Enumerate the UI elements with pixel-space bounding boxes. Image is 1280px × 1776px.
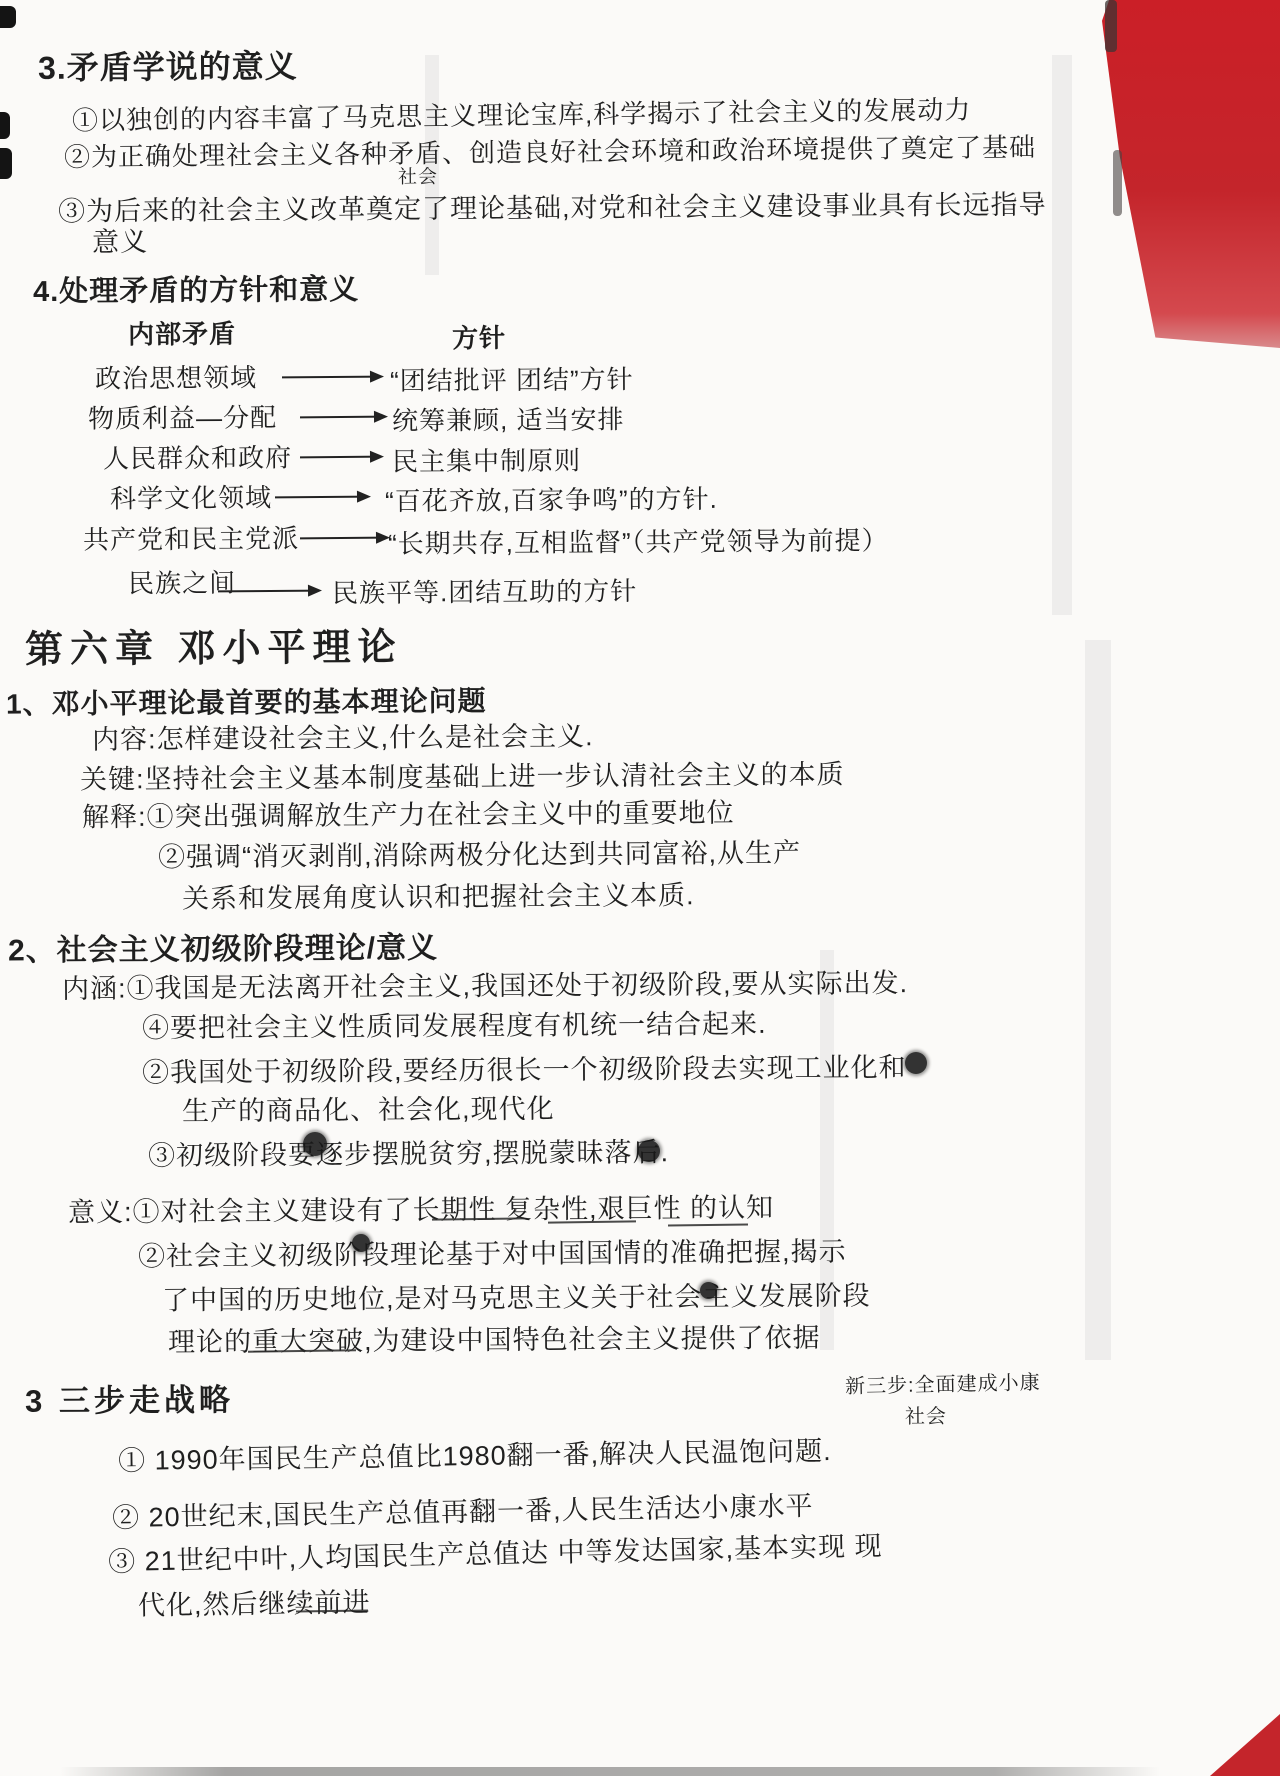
q1-explain-2: ②强调“消灭剥削,消除两极分化达到共同富裕,从生产 — [158, 831, 801, 874]
binder-tear-mark — [0, 148, 12, 179]
q2-connotation-1: 内涵:①我国是无法离开社会主义,我国还处于初级阶段,要从实际出发. — [62, 961, 908, 1006]
section4-row-right: “团结批评 团结”方针 — [390, 359, 634, 398]
paper-bottom-shadow — [60, 1767, 1160, 1776]
q3-side-note: 新三步:全面建成小康 — [845, 1366, 1041, 1399]
ink-blot — [700, 1282, 717, 1299]
notebook-page-photo: 3.矛盾学说的意义 ①以独创的内容丰富了马克思主义理论宝库,科学揭示了社会主义的… — [0, 0, 1280, 1776]
red-backdrop-top-right — [1102, 0, 1280, 348]
q1-content: 内容:怎样建设社会主义,什么是社会主义. — [92, 714, 594, 757]
q3-step-3-wrap: 代化,然后继续前进 — [138, 1580, 371, 1622]
binder-tear-mark — [0, 6, 16, 28]
section4-row-right: 统筹兼顾, 适当安排 — [392, 399, 625, 438]
ink-blot — [905, 1052, 927, 1074]
red-backdrop-bottom-right — [1210, 1714, 1280, 1776]
section3-item-3-wrap: 意义 — [92, 220, 148, 259]
section3-item-3: ③为后来的社会主义改革奠定了理论基础,对党和社会主义建设事业具有长远指导 — [58, 183, 1047, 229]
ink-blot — [303, 1132, 327, 1156]
arrow-icon — [282, 376, 380, 379]
section3-title: 3.矛盾学说的意义 — [38, 41, 298, 89]
section4-row-left: 共产党和民主党派 — [83, 518, 299, 557]
q2-title: 2、社会主义初级阶段理论/意义 — [8, 922, 438, 969]
section4-col-right: 方针 — [452, 318, 506, 355]
arrow-icon — [300, 537, 386, 540]
section3-item-2-insertion: 社会 — [398, 162, 438, 189]
q2-meaning-2: ②社会主义初级阶段理论基于对中国国情的准确把握,揭示 — [138, 1230, 847, 1274]
arrow-icon — [275, 496, 367, 499]
q2-meaning-1: 意义:①对社会主义建设有了长期性 复杂性,艰巨性 的认知 — [68, 1186, 774, 1230]
section4-row-left: 科学文化领域 — [110, 477, 272, 515]
binder-tear-mark — [0, 112, 10, 139]
q3-side-note-wrap: 社会 — [905, 1400, 947, 1429]
chapter-title: 第六章 邓小平理论 — [25, 616, 403, 674]
paper-crease — [1085, 640, 1111, 1360]
paper-edge-shadow — [1105, 0, 1117, 52]
section4-col-left: 内部矛盾 — [128, 314, 236, 352]
underline-stroke — [668, 1223, 748, 1226]
arrow-icon — [218, 590, 318, 593]
section4-row-left: 物质利益—分配 — [88, 397, 277, 435]
ink-blot — [638, 1140, 660, 1162]
arrow-icon — [300, 416, 384, 419]
section4-row-right: 民族平等.团结互助的方针 — [332, 571, 637, 610]
section4-row-right: “长期共存,互相监督”（共产党领导为前提） — [388, 520, 889, 560]
arrow-icon — [300, 456, 380, 459]
ink-blot — [352, 1234, 370, 1252]
q1-explain-1: 解释:①突出强调解放生产力在社会主义中的重要地位 — [82, 791, 735, 835]
q2-connotation-3-wrap: 生产的商品化、社会化,现代化 — [182, 1087, 555, 1129]
q2-meaning-2-wrap2: 理论的重大突破,为建设中国特色社会主义提供了依据 — [168, 1316, 821, 1360]
section4-title: 4.处理矛盾的方针和意义 — [33, 267, 359, 310]
section4-row-left: 民族之间 — [128, 563, 236, 601]
q2-connotation-4: ③初级阶段要逐步摆脱贫穷,摆脱蒙昧落后. — [148, 1130, 669, 1173]
section4-row-right: 民主集中制原则 — [392, 440, 581, 478]
q2-meaning-2-wrap1: 了中国的历史地位,是对马克思主义关于社会主义发展阶段 — [162, 1274, 871, 1318]
q1-explain-2-wrap: 关系和发展角度认识和把握社会主义本质. — [182, 873, 695, 916]
q2-connotation-3: ②我国处于初级阶段,要经历很长一个初级阶段去实现工业化和 — [142, 1045, 907, 1089]
q3-title: 3 三步走战略 — [25, 1374, 234, 1420]
section4-row-left: 政治思想领域 — [95, 357, 257, 395]
paper-edge-shadow — [1113, 150, 1122, 216]
section4-row-left: 人民群众和政府 — [103, 437, 292, 475]
paper-crease — [1052, 55, 1072, 615]
section4-row-right: “百花齐放,百家争鸣”的方针. — [385, 479, 718, 518]
q3-step-1: ① 1990年国民生产总值比1980翻一番,解决人民温饱问题. — [118, 1429, 832, 1478]
q2-connotation-2: ④要把社会主义性质同发展程度有机统一结合起来. — [142, 1002, 767, 1045]
